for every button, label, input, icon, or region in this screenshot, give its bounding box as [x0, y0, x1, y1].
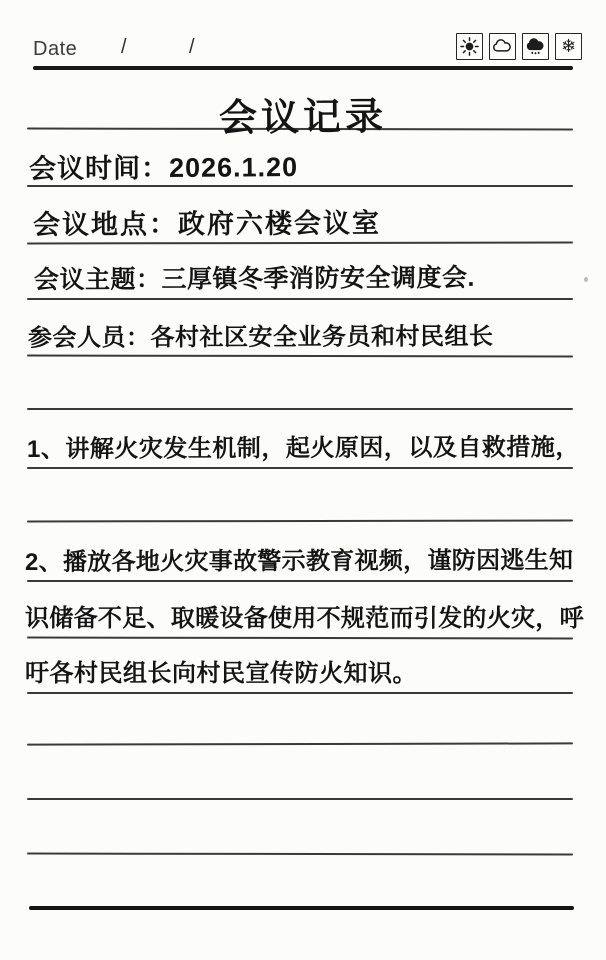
date-slash-month: / — [121, 36, 127, 59]
date-label: Date — [33, 38, 77, 61]
note-item-1: 1、讲解火灾发生机制，起火原因，以及自救措施， — [27, 427, 580, 464]
ruled-line — [27, 467, 573, 469]
weather-icon-row: ❄ — [456, 33, 582, 60]
ruled-line — [27, 355, 573, 358]
ruled-line — [27, 692, 573, 694]
snow-icon: ❄ — [555, 33, 582, 60]
ruled-line — [27, 798, 573, 800]
note-item-2-line-2: 识储备不足、取暖设备使用不规范而引发的火灾，呼 — [25, 598, 584, 633]
cloud-icon — [489, 33, 516, 60]
snowflake-glyph: ❄ — [561, 38, 576, 56]
ruled-line — [27, 520, 573, 523]
scan-speck — [584, 277, 588, 282]
note-line-meeting-place: 会议地点：政府六楼会议室 — [33, 201, 381, 242]
sun-icon — [456, 33, 483, 60]
bottom-border-line — [29, 906, 574, 910]
note-line-meeting-topic: 会议主题：三厚镇冬季消防安全调度会. — [34, 258, 475, 296]
header-divider-line — [33, 66, 573, 70]
ruled-line — [27, 580, 573, 582]
note-title: 会议记录 — [0, 83, 606, 144]
ruled-line — [27, 242, 573, 245]
note-item-2-line-1: 2、播放各地火灾事故警示教育视频，谨防因逃生知 — [25, 540, 573, 577]
date-slash-day: / — [189, 36, 195, 59]
ruled-line — [27, 853, 573, 856]
ruled-line — [27, 408, 573, 410]
note-line-attendees: 参会人员：各村社区安全业务员和村民组长 — [28, 316, 494, 353]
ruled-line — [27, 298, 573, 300]
ruled-line — [27, 742, 573, 745]
note-line-meeting-time: 会议时间：2026.1.20 — [29, 145, 298, 186]
note-item-2-line-3: 吁各村民组长向村民宣传防火知识。 — [25, 653, 417, 688]
ruled-line — [27, 637, 573, 640]
rain-icon — [522, 33, 549, 60]
